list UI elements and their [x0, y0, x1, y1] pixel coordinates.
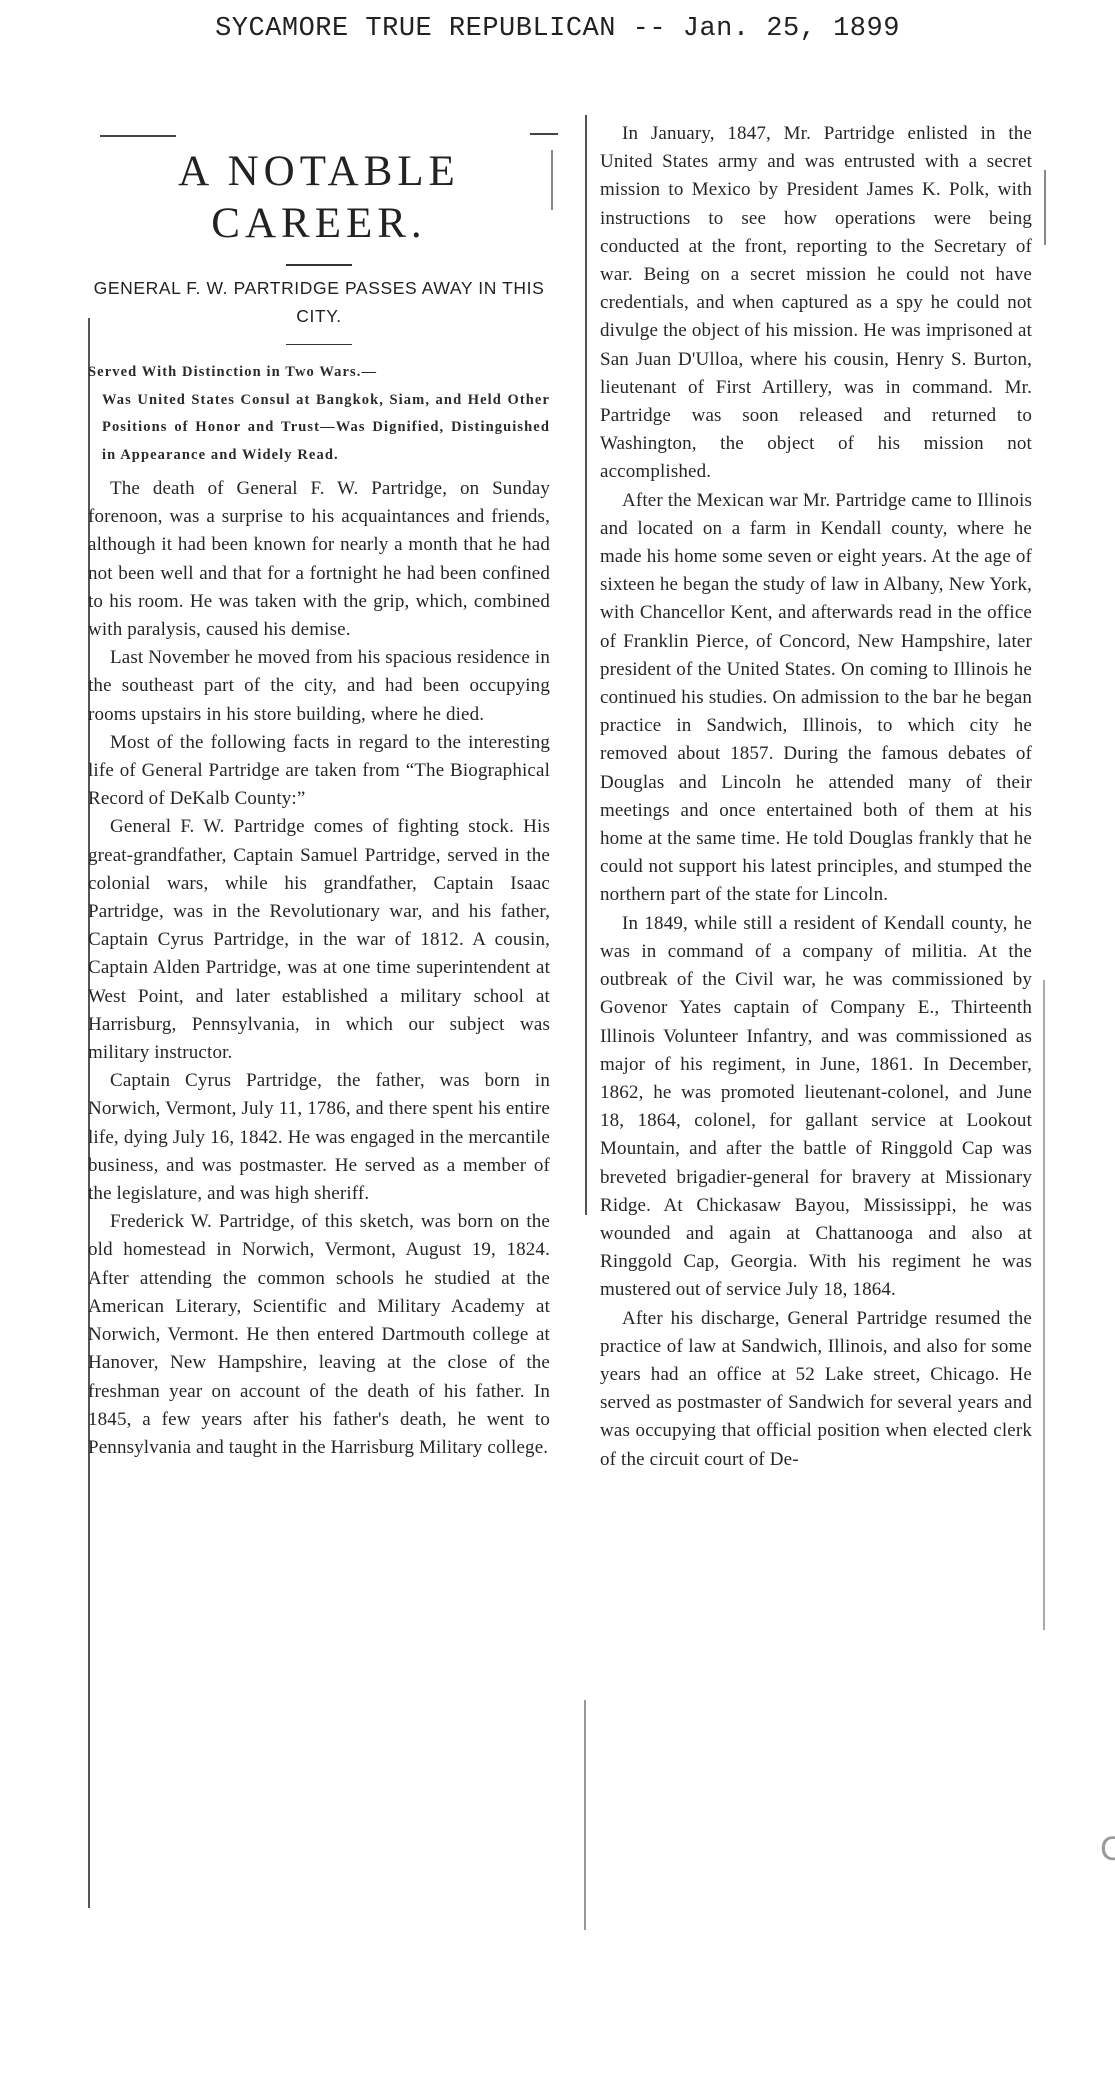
headline: A NOTABLE CAREER. — [88, 146, 550, 250]
paragraph: In 1849, while still a resident of Kenda… — [600, 910, 1032, 1305]
paragraph: After the Mexican war Mr. Partridge came… — [600, 487, 1032, 910]
headline-divider — [286, 264, 352, 266]
right-edge-rule — [1044, 170, 1046, 245]
deck-first-line: Served With Distinction in Two Wars.— — [88, 359, 550, 387]
paragraph: Last November he moved from his spacious… — [88, 644, 550, 729]
paragraph: The death of General F. W. Partridge, on… — [88, 475, 550, 644]
masthead: SYCAMORE TRUE REPUBLICAN -- Jan. 25, 189… — [0, 14, 1115, 44]
margin-artifact: C — [1100, 1830, 1115, 1869]
paragraph: In January, 1847, Mr. Partridge enlisted… — [600, 120, 1032, 487]
paragraph: Frederick W. Partridge, of this sketch, … — [88, 1208, 550, 1462]
paragraph: General F. W. Partridge comes of fightin… — [88, 813, 550, 1067]
column-divider — [585, 115, 587, 1215]
left-column-body: The death of General F. W. Partridge, on… — [88, 475, 550, 1462]
column-divider-lower — [584, 1700, 586, 1930]
paragraph: After his discharge, General Partridge r… — [600, 1305, 1032, 1474]
left-column: A NOTABLE CAREER. GENERAL F. W. PARTRIDG… — [88, 128, 550, 1462]
paragraph: Most of the following facts in regard to… — [88, 729, 550, 814]
subheadline: GENERAL F. W. PARTRIDGE PASSES AWAY IN T… — [88, 274, 550, 330]
headline-right-border — [551, 150, 553, 210]
right-edge-rule-lower — [1043, 980, 1045, 1630]
right-column-body: In January, 1847, Mr. Partridge enlisted… — [600, 120, 1032, 1474]
subheadline-divider — [286, 344, 352, 346]
right-column: In January, 1847, Mr. Partridge enlisted… — [600, 120, 1032, 1474]
deck-rest: Was United States Consul at Bangkok, Sia… — [88, 387, 550, 470]
paragraph: Captain Cyrus Partridge, the father, was… — [88, 1067, 550, 1208]
deck: Served With Distinction in Two Wars.— Wa… — [88, 359, 550, 469]
